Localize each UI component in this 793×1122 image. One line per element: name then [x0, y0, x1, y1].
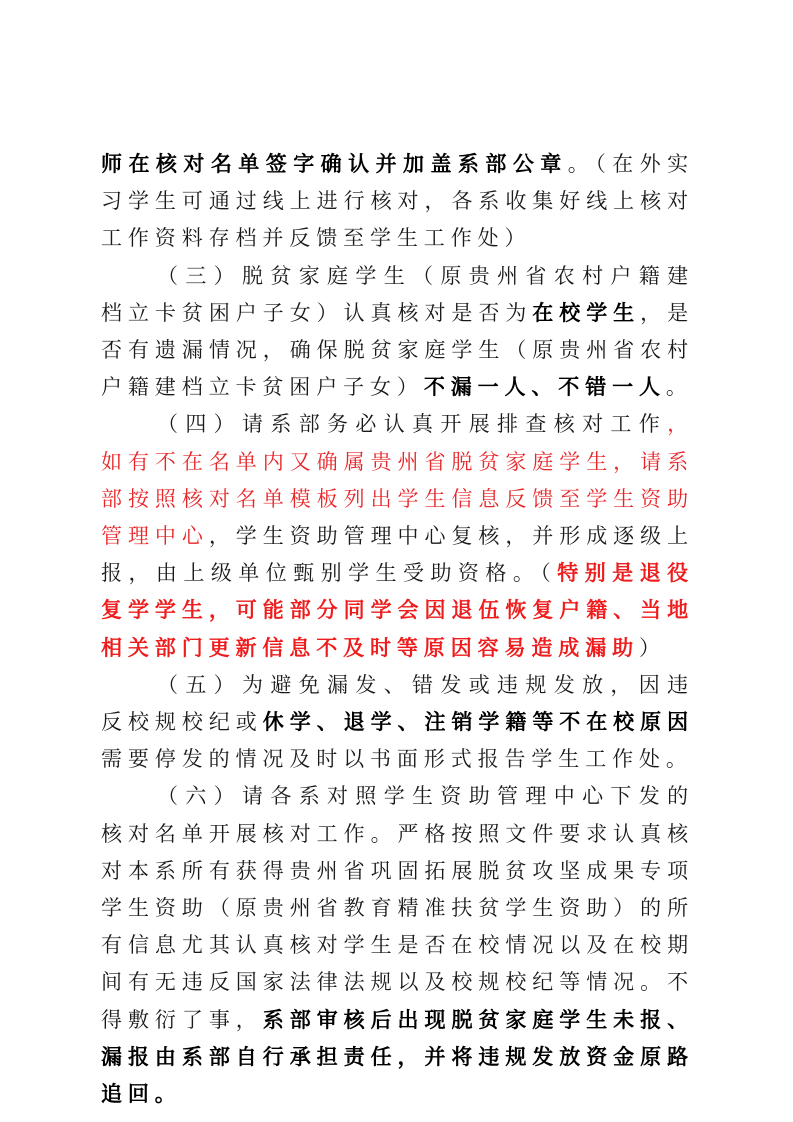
- paragraph-item-5: （五）为避免漏发、错发或违规发放，因违反校规校纪或休学、退学、注销学籍等不在校原…: [101, 667, 694, 779]
- paragraph-continuation: 师在核对名单签字确认并加盖系部公章。（在外实习学生可通过线上进行核对，各系收集好…: [101, 146, 694, 258]
- body-text: 需要停发的情况及时以书面形式报告学生工作处。: [101, 747, 693, 771]
- document-page: 师在核对名单签字确认并加盖系部公章。（在外实习学生可通过线上进行核对，各系收集好…: [101, 146, 694, 1113]
- bold-text: 休学、退学、注销学籍等不在校原因: [263, 710, 694, 734]
- bold-text: 师在核对名单签字确认并加盖系部公章: [101, 152, 568, 176]
- paragraph-item-6: （六）请各系对照学生资助管理中心下发的核对名单开展核对工作。严格按照文件要求认真…: [101, 778, 694, 1113]
- paragraph-item-3: （三）脱贫家庭学生（原贵州省农村户籍建档立卡贫困户子女）认真核对是否为在校学生，…: [101, 258, 694, 407]
- body-text: ）: [639, 636, 666, 660]
- paragraph-item-4: （四）请系部务必认真开展排查核对工作，如有不在名单内又确属贵州省脱贫家庭学生，请…: [101, 406, 694, 666]
- body-text: （四）请系部务必认真开展排查核对工作: [157, 412, 667, 436]
- bold-text: 在校学生: [532, 301, 640, 325]
- bold-text: 不漏一人、不错一人: [424, 375, 666, 399]
- body-text: （六）请各系对照学生资助管理中心下发的核对名单开展核对工作。严格按照文件要求认真…: [101, 784, 694, 1031]
- body-text: 。: [666, 375, 693, 399]
